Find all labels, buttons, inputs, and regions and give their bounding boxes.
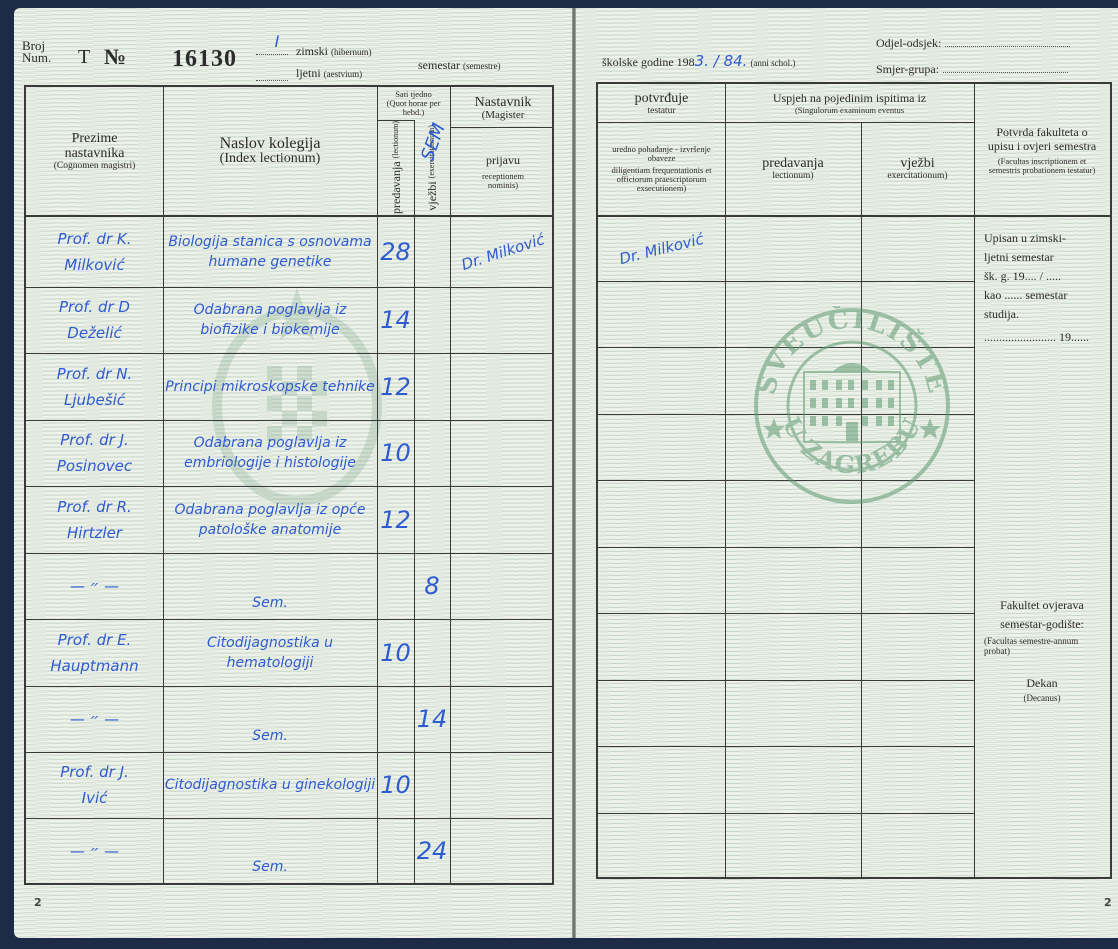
header-exam-exercises: vježbi exercitationum)	[861, 122, 974, 215]
header-teacher: Nastavnik (Magister	[450, 87, 556, 127]
row-course[interactable]: Odabrana poglavlja iz embriologije i his…	[163, 420, 377, 486]
record-book: Broj Num. T № 16130 I zimski (hibernum) …	[0, 0, 1118, 949]
row-exercise-hours[interactable]	[414, 619, 450, 686]
row-lecture-hours[interactable]	[377, 553, 414, 619]
row-course[interactable]: Sem.	[163, 686, 377, 752]
header-weekly-hours: Sati tjedno (Quot horae per hebd.)	[377, 87, 450, 120]
row-exercise-hours[interactable]	[414, 752, 450, 818]
row-teacher-ditto[interactable]: — ״ —	[26, 818, 163, 883]
header-exam-success: Uspjeh na pojedinim ispitima iz (Singulo…	[725, 84, 974, 122]
row-exercise-hours[interactable]	[414, 287, 450, 353]
row-lecture-hours[interactable]: 28	[377, 217, 414, 287]
row-teacher[interactable]: Prof. dr E.Hauptmann	[26, 619, 163, 686]
semester-number-field[interactable]: I	[262, 32, 292, 51]
row-lecture-hours[interactable]	[377, 818, 414, 883]
left-page-number: 2	[34, 896, 42, 909]
row-teacher[interactable]: Prof. dr J.Posinovec	[26, 420, 163, 486]
row-course[interactable]: Citodijagnostika u ginekologiji	[163, 752, 377, 818]
row-lecture-hours[interactable]	[377, 686, 414, 752]
courses-table: Prezime nastavnika (Cognomen magistri) N…	[24, 85, 554, 885]
certification-box[interactable]: Fakultet ovjerava semestar-godište: (Fac…	[974, 592, 1110, 712]
row-teacher-ditto[interactable]: — ״ —	[26, 686, 163, 752]
row-teacher[interactable]: Prof. dr N.Ljubešić	[26, 353, 163, 420]
row-lecture-hours[interactable]: 10	[377, 420, 414, 486]
header-faculty-confirmation: Potvrda fakulteta o upisu i ovjeri semes…	[974, 84, 1110, 215]
header-teacher-surname: Prezime nastavnika (Cognomen magistri)	[26, 87, 163, 215]
record-number: 16130	[172, 46, 237, 73]
zimski-label: zimski (hibernum)	[296, 44, 372, 59]
row-teacher[interactable]: Prof. dr K.Milković	[26, 217, 163, 287]
semester-number-line-2	[256, 80, 288, 81]
broj-label: Broj Num.	[22, 40, 51, 64]
row-course[interactable]: Odabrana poglavlja iz biofizike i biokem…	[163, 287, 377, 353]
row-lecture-hours[interactable]: 14	[377, 287, 414, 353]
school-year-label: školske godine 1983. / 84. (anni schol.)	[602, 52, 795, 70]
semester-number-line	[256, 54, 288, 55]
row-teacher[interactable]: Prof. dr J.Ivić	[26, 752, 163, 818]
row-exercise-hours[interactable]: 8	[414, 553, 450, 619]
ljetni-label: ljetni (aestvium)	[296, 66, 362, 81]
university-seal-icon: SVEUČILIŠTE U ZAGREBU	[752, 306, 952, 506]
row-exercise-hours[interactable]	[414, 353, 450, 420]
row-exercise-hours[interactable]: 24	[414, 818, 450, 883]
header-attendance: uredno pohađanje - izvršenje obaveze dil…	[598, 122, 725, 215]
row-course[interactable]: Principi mikroskopske tehnike	[163, 353, 377, 420]
row-teacher-ditto[interactable]: — ״ —	[26, 553, 163, 619]
row-exercise-hours[interactable]: 14	[414, 686, 450, 752]
row-lecture-hours[interactable]: 12	[377, 353, 414, 420]
header-confirms: potvrđuje testatur	[598, 84, 725, 122]
row-course[interactable]: Sem.	[163, 818, 377, 883]
row-course[interactable]: Sem.	[163, 553, 377, 619]
department-field[interactable]: Odjel-odsjek:	[876, 36, 1070, 51]
row-course[interactable]: Citodijagnostika u hematologiji	[163, 619, 377, 686]
row-teacher[interactable]: Prof. dr DDeželić	[26, 287, 163, 353]
header-registration: prijavu receptionem nominis)	[450, 127, 556, 215]
semestar-label: semestar (semestre)	[418, 58, 500, 73]
school-year-field[interactable]: 3. / 84.	[695, 52, 748, 70]
row-teacher[interactable]: Prof. dr R.Hirtzler	[26, 486, 163, 553]
right-page-number: 2	[1104, 896, 1112, 909]
row-course[interactable]: Biologija stanica s osnovama humane gene…	[163, 217, 377, 287]
row-exercise-hours[interactable]	[414, 420, 450, 486]
study-group-field[interactable]: Smjer-grupa:	[876, 62, 1068, 77]
series-letter: T	[78, 46, 90, 69]
row-lecture-hours[interactable]: 12	[377, 486, 414, 553]
header-course-title: Naslov kolegija (Index lectionum)	[163, 87, 377, 215]
row-course[interactable]: Odabrana poglavlja iz opće patološke ana…	[163, 486, 377, 553]
numero-sign: №	[104, 44, 126, 70]
row-lecture-hours[interactable]: 10	[377, 619, 414, 686]
row-exercise-hours[interactable]	[414, 486, 450, 553]
enrollment-box[interactable]: Upisan u zimski- ljetni semestar šk. g. …	[974, 219, 1110, 389]
row-exercise-hours[interactable]	[414, 217, 450, 287]
row-lecture-hours[interactable]: 10	[377, 752, 414, 818]
header-exam-lectures: predavanja lectionum)	[725, 122, 861, 215]
